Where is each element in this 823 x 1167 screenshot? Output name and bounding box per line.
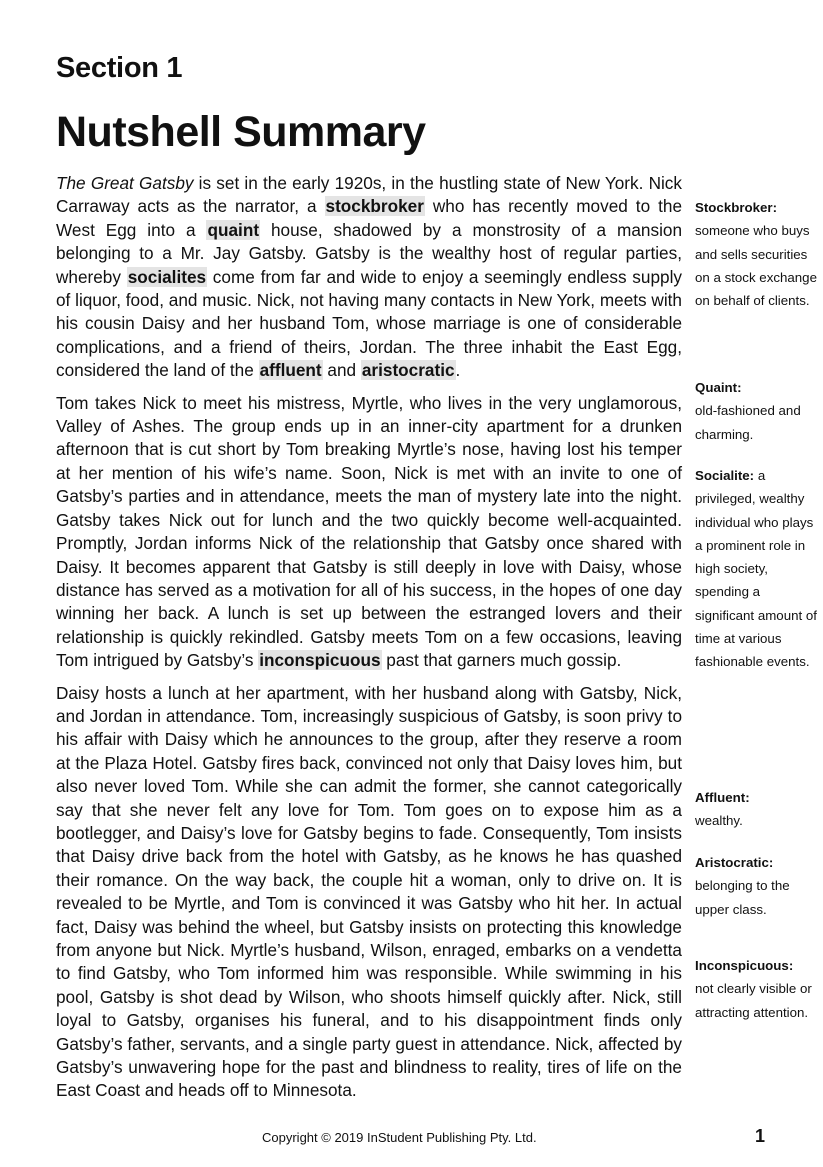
glossary-term: Quaint: <box>695 380 742 395</box>
text: . <box>456 360 461 380</box>
keyword-aristocratic: aristocratic <box>361 360 456 380</box>
glossary-term: Stockbroker: <box>695 200 777 215</box>
keyword-stockbroker: stockbroker <box>325 196 425 216</box>
text: Tom takes Nick to meet his mistress, Myr… <box>56 393 682 670</box>
copyright-footer: Copyright © 2019 InStudent Publishing Pt… <box>262 1130 537 1145</box>
glossary-definition: belonging to the upper class. <box>695 878 790 916</box>
glossary-entry-quaint: Quaint:old-fashioned and charming. <box>695 376 817 446</box>
keyword-socialites: socialites <box>127 267 207 287</box>
glossary-term: Affluent: <box>695 790 750 805</box>
book-title: The Great Gatsby <box>56 173 193 193</box>
glossary-entry-affluent: Affluent:wealthy. <box>695 786 750 833</box>
glossary-entry-inconspicuous: Inconspicuous:not clearly visible or att… <box>695 954 817 1024</box>
page-title: Nutshell Summary <box>56 108 426 157</box>
glossary-definition: old-fashioned and charming. <box>695 403 801 441</box>
summary-body: The Great Gatsby is set in the early 192… <box>56 172 682 1112</box>
text: and <box>323 360 361 380</box>
page-number: 1 <box>755 1126 765 1147</box>
glossary-term: Socialite: <box>695 468 754 483</box>
paragraph-1: The Great Gatsby is set in the early 192… <box>56 172 682 383</box>
glossary-term: Inconspicuous: <box>695 958 793 973</box>
glossary-definition: not clearly visible or attracting attent… <box>695 981 812 1019</box>
glossary-term: Aristocratic: <box>695 855 773 870</box>
paragraph-2: Tom takes Nick to meet his mistress, Myr… <box>56 392 682 673</box>
glossary-definition: a privileged, wealthy individual who pla… <box>695 468 817 669</box>
keyword-affluent: affluent <box>259 360 323 380</box>
glossary-entry-socialite: Socialite: a privileged, wealthy individ… <box>695 464 817 674</box>
keyword-quaint: quaint <box>206 220 260 240</box>
keyword-inconspicuous: inconspicuous <box>258 650 381 670</box>
section-label: Section 1 <box>56 52 182 85</box>
text: past that garners much gossip. <box>382 650 622 670</box>
paragraph-3: Daisy hosts a lunch at her apartment, wi… <box>56 682 682 1103</box>
glossary-entry-stockbroker: Stockbroker:someone who buys and sells s… <box>695 196 817 312</box>
glossary-entry-aristocratic: Aristocratic:belonging to the upper clas… <box>695 851 817 921</box>
glossary-definition: someone who buys and sells securities on… <box>695 223 817 308</box>
glossary-definition: wealthy. <box>695 813 743 828</box>
